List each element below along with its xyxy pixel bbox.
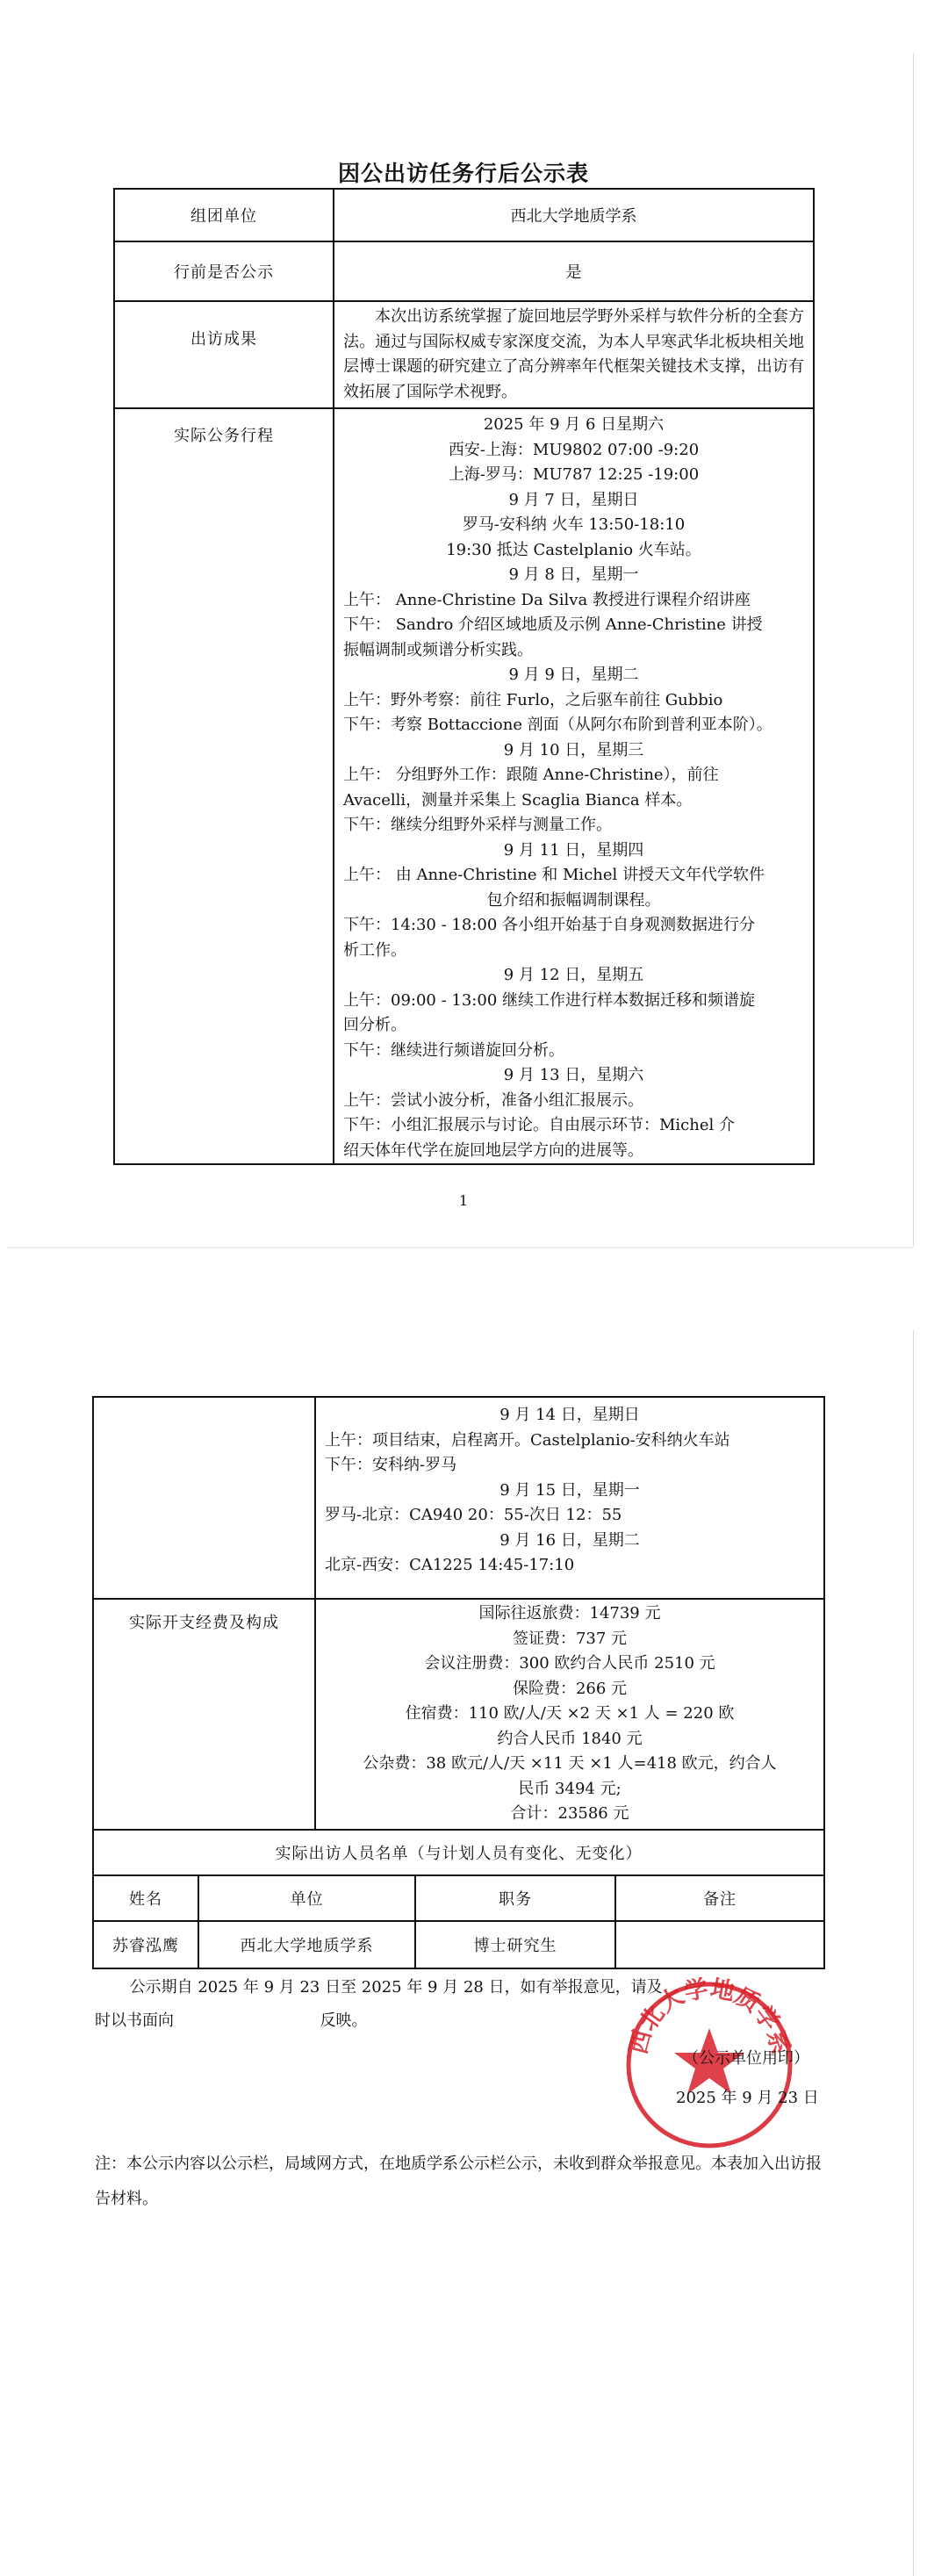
itinerary-cont-value: 9 月 14 日，星期日上午：项目结束，启程离开。Castelplanio-安科…: [315, 1397, 824, 1599]
expense-line: 民币 3494 元;: [316, 1777, 823, 1802]
col-name: 姓名: [93, 1875, 198, 1921]
seal-date: 2025 年 9 月 23 日: [676, 2085, 819, 2108]
col-remark: 备注: [615, 1875, 824, 1921]
notice-table-page2: 9 月 14 日，星期日上午：项目结束，启程离开。Castelplanio-安科…: [92, 1396, 825, 1831]
notice-line-2b: 反映。: [320, 2011, 367, 2030]
results-value: 本次出访系统掌握了旋回地层学野外采样与软件分析的全套方法。通过与国际权威专家深度…: [334, 301, 814, 408]
person-position: 博士研究生: [415, 1921, 615, 1968]
itinerary-line: 罗马-北京：CA940 20：55-次日 12：55: [316, 1503, 823, 1529]
notice-line-2a: 时以书面向: [95, 2011, 174, 2030]
itinerary-line: 下午：考察 Bottaccione 剖面（从阿尔布阶到普利亚本阶）。: [334, 713, 813, 738]
row-pre-notice: 行前是否公示 是: [114, 241, 814, 301]
expense-line: 签证费：737 元: [316, 1627, 823, 1652]
row-expenses: 实际开支经费及构成 国际往返旅费：14739 元签证费：737 元会议注册费：3…: [93, 1599, 824, 1830]
expenses-label: 实际开支经费及构成: [93, 1599, 315, 1830]
itinerary-line: 上午： Anne-Christine Da Silva 教授进行课程介绍讲座: [334, 588, 813, 614]
expense-line: 约合人民币 1840 元: [316, 1727, 823, 1752]
itinerary-lines: 2025 年 9 月 6 日星期六西安-上海：MU9802 07:00 -9:2…: [334, 413, 813, 1163]
document-title: 因公出访任务行后公示表: [0, 156, 927, 188]
person-name: 苏睿泓鹰: [93, 1921, 198, 1968]
itinerary-line: 19:30 抵达 Castelplanio 火车站。: [334, 538, 813, 564]
notice-table-page1: 组团单位 西北大学地质学系 行前是否公示 是 出访成果 本次出访系统掌握了旋回地…: [113, 188, 815, 1165]
results-text: 本次出访系统掌握了旋回地层学野外采样与软件分析的全套方法。通过与国际权威专家深度…: [334, 302, 813, 405]
itinerary-line: 绍天体年代学在旋回地层学方向的进展等。: [334, 1139, 813, 1164]
itinerary-cont-lines: 9 月 14 日，星期日上午：项目结束，启程离开。Castelplanio-安科…: [316, 1403, 823, 1579]
itinerary-line: 上海-罗马：MU787 12:25 -19:00: [334, 463, 813, 488]
itinerary-value: 2025 年 9 月 6 日星期六西安-上海：MU9802 07:00 -9:2…: [334, 408, 814, 1164]
row-itinerary: 实际公务行程 2025 年 9 月 6 日星期六西安-上海：MU9802 07:…: [114, 408, 814, 1164]
itinerary-line: 下午： Sandro 介绍区域地质及示例 Anne-Christine 讲授: [334, 613, 813, 638]
unit-value: 西北大学地质学系: [334, 189, 814, 241]
itinerary-line: 下午：14:30 - 18:00 各小组开始基于自身观测数据进行分: [334, 913, 813, 939]
itinerary-line: 下午：继续分组野外采样与测量工作。: [334, 813, 813, 838]
itinerary-line: 下午：继续进行频谱旋回分析。: [334, 1039, 813, 1064]
expense-lines: 国际往返旅费：14739 元签证费：737 元会议注册费：300 欧约合人民币 …: [316, 1601, 823, 1827]
page-number: 1: [0, 1192, 927, 1209]
itinerary-line: 西安-上海：MU9802 07:00 -9:20: [334, 438, 813, 464]
row-itinerary-cont: 9 月 14 日，星期日上午：项目结束，启程离开。Castelplanio-安科…: [93, 1397, 824, 1599]
itinerary-line: 振幅调制或频谱分析实践。: [334, 638, 813, 664]
itinerary-line: 上午：09:00 - 13:00 继续工作进行样本数据迁移和频谱旋: [334, 989, 813, 1014]
unit-label: 组团单位: [114, 189, 334, 241]
itinerary-line: 9 月 15 日，星期一: [316, 1479, 823, 1504]
personnel-heading-row: 实际出访人员名单（与计划人员有变化、无变化）: [93, 1830, 824, 1875]
itinerary-line: 9 月 8 日，星期一: [334, 563, 813, 588]
page-separator: [7, 1247, 913, 1248]
itinerary-line: 9 月 7 日，星期日: [334, 488, 813, 514]
itinerary-cont-label: [93, 1397, 315, 1599]
itinerary-label: 实际公务行程: [114, 408, 334, 1164]
itinerary-line: 上午： 由 Anne-Christine 和 Michel 讲授天文年代学软件: [334, 863, 813, 889]
expenses-value: 国际往返旅费：14739 元签证费：737 元会议注册费：300 欧约合人民币 …: [315, 1599, 824, 1830]
itinerary-line: 9 月 12 日，星期五: [334, 963, 813, 989]
itinerary-line: 9 月 16 日，星期二: [316, 1529, 823, 1554]
personnel-heading: 实际出访人员名单（与计划人员有变化、无变化）: [93, 1830, 824, 1875]
expense-line: 住宿费：110 欧/人/天 ×2 天 ×1 人 = 220 欧: [316, 1702, 823, 1727]
itinerary-line: 北京-西安：CA1225 14:45-17:10: [316, 1553, 823, 1579]
itinerary-line: 9 月 11 日，星期四: [334, 838, 813, 864]
col-position: 职务: [415, 1875, 615, 1921]
personnel-header-row: 姓名 单位 职务 备注: [93, 1875, 824, 1921]
itinerary-line: 2025 年 9 月 6 日星期六: [334, 413, 813, 438]
itinerary-line: 9 月 13 日，星期六: [334, 1063, 813, 1089]
itinerary-line: 上午：项目结束，启程离开。Castelplanio-安科纳火车站: [316, 1428, 823, 1454]
itinerary-line: 9 月 9 日，星期二: [334, 663, 813, 688]
footnote: 注：本公示内容以公示栏，局域网方式，在地质学系公示栏公示，未收到群众举报意见。本…: [95, 2147, 823, 2217]
itinerary-line: 9 月 10 日，星期三: [334, 738, 813, 764]
person-remark: [615, 1921, 824, 1968]
itinerary-line: 析工作。: [334, 939, 813, 964]
row-unit: 组团单位 西北大学地质学系: [114, 189, 814, 241]
results-label: 出访成果: [114, 301, 334, 408]
seal-label: （公示单位用印）: [683, 2046, 809, 2069]
itinerary-line: 回分析。: [334, 1013, 813, 1039]
expense-line: 公杂费：38 欧元/人/天 ×11 天 ×1 人=418 欧元，约合人: [316, 1752, 823, 1777]
itinerary-line: 罗马-安科纳 火车 13:50-18:10: [334, 513, 813, 538]
personnel-table: 实际出访人员名单（与计划人员有变化、无变化） 姓名 单位 职务 备注 苏睿泓鹰 …: [92, 1829, 825, 1969]
itinerary-line: 下午：小组汇报展示与讨论。自由展示环节：Michel 介: [334, 1113, 813, 1139]
page-edge: [913, 1330, 914, 2576]
itinerary-line: 上午：尝试小波分析，准备小组汇报展示。: [334, 1089, 813, 1114]
expense-line: 保险费：266 元: [316, 1677, 823, 1702]
pre-notice-value: 是: [334, 241, 814, 301]
itinerary-line: 包介绍和振幅调制课程。: [334, 889, 813, 914]
page-edge: [913, 53, 914, 1247]
expense-line: 国际往返旅费：14739 元: [316, 1601, 823, 1627]
itinerary-line: 9 月 14 日，星期日: [316, 1403, 823, 1428]
row-results: 出访成果 本次出访系统掌握了旋回地层学野外采样与软件分析的全套方法。通过与国际权…: [114, 301, 814, 408]
expense-line: 合计：23586 元: [316, 1802, 823, 1827]
person-unit: 西北大学地质学系: [198, 1921, 415, 1968]
personnel-row: 苏睿泓鹰 西北大学地质学系 博士研究生: [93, 1921, 824, 1968]
pre-notice-label: 行前是否公示: [114, 241, 334, 301]
itinerary-line: 上午： 分组野外工作：跟随 Anne-Christine），前往: [334, 763, 813, 788]
col-unit: 单位: [198, 1875, 415, 1921]
itinerary-line: 下午：安科纳-罗马: [316, 1453, 823, 1479]
itinerary-line: Avacelli，测量并采集上 Scaglia Bianca 样本。: [334, 788, 813, 814]
expense-line: 会议注册费：300 欧约合人民币 2510 元: [316, 1651, 823, 1677]
itinerary-line: 上午：野外考察：前往 Furlo，之后驱车前往 Gubbio: [334, 688, 813, 714]
